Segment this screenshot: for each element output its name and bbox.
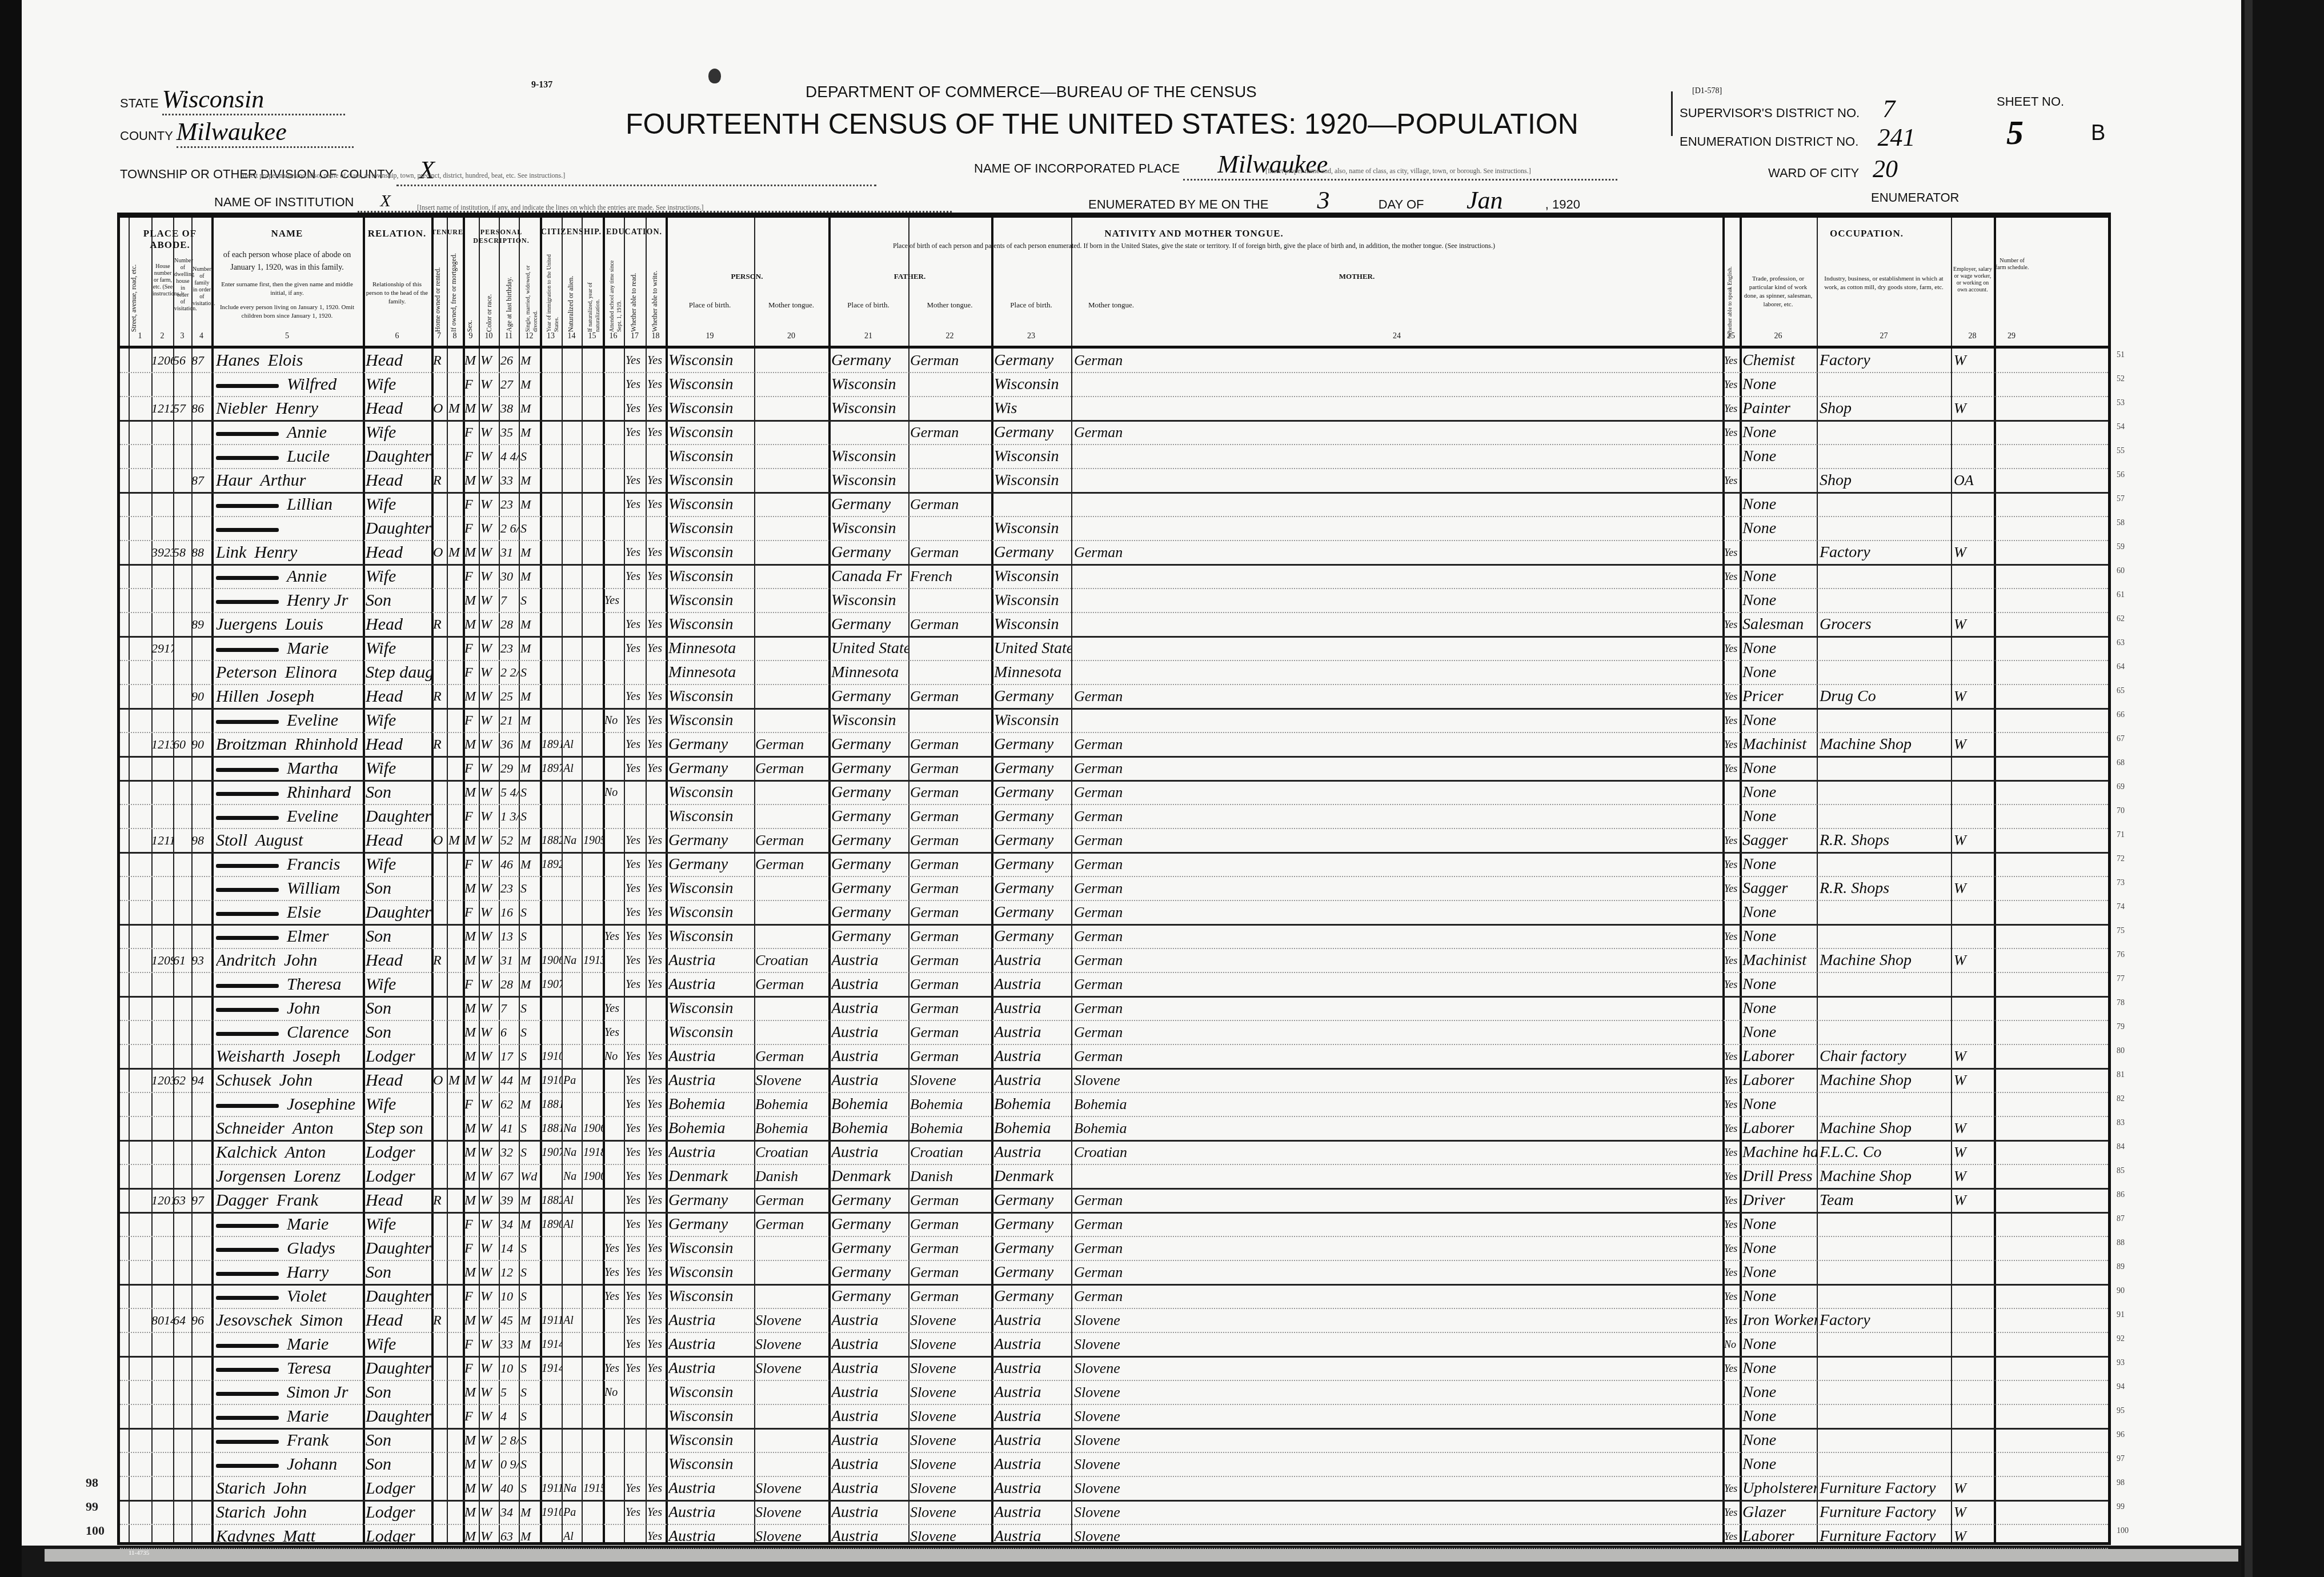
cell-house	[151, 613, 173, 636]
cell-eng	[1724, 805, 1740, 828]
line-number: 79	[2117, 1023, 2125, 1032]
cell-race: W	[480, 1189, 499, 1212]
surname: Hanes	[216, 351, 260, 370]
cell-trade: None	[1742, 805, 1817, 828]
cell-free	[448, 685, 463, 708]
cell-sex: F	[464, 805, 479, 828]
cell-mmt: German	[1074, 757, 1154, 780]
cell-industry	[1820, 421, 1951, 444]
cell-imm	[542, 1429, 562, 1452]
cell-pob: Wisconsin	[668, 613, 754, 636]
cell-race: W	[480, 1429, 499, 1452]
cell-race: W	[480, 853, 499, 876]
cell-mmt	[1074, 469, 1154, 492]
header-father-tongue: Mother tongue.	[908, 301, 991, 309]
line-number: 60	[2117, 567, 2125, 576]
cell-write: Yes	[647, 1309, 666, 1332]
cell-read: Yes	[626, 757, 645, 780]
cell-sex: M	[464, 1501, 479, 1524]
cell-home	[433, 1237, 447, 1260]
cell-home	[433, 1141, 447, 1164]
cell-marital: S	[520, 1237, 540, 1260]
cell-age: 41	[500, 1117, 519, 1140]
cell-emp: W	[1954, 1189, 1994, 1212]
cell-trade: Pricer	[1742, 685, 1817, 708]
line-number: 91	[2117, 1311, 2125, 1320]
cell-write	[647, 661, 666, 684]
cell-fmt: Slovene	[910, 1405, 990, 1428]
ditto-surname-dash	[216, 768, 279, 772]
line-number: 84	[2117, 1143, 2125, 1152]
given-name: Simon Jr	[287, 1383, 348, 1402]
cell-family	[191, 1285, 211, 1308]
cell-pob: Denmark	[668, 1165, 754, 1188]
given-name: Violet	[287, 1287, 326, 1306]
cell-industry	[1820, 445, 1951, 468]
cell-nat: Na	[563, 1117, 582, 1140]
cell-free	[448, 1525, 463, 1548]
surname: Kalchick	[216, 1143, 277, 1162]
cell-nat	[563, 1405, 582, 1428]
column-number: 13	[540, 332, 562, 341]
ditto-surname-dash	[216, 1368, 279, 1372]
line-number: 68	[2117, 759, 2125, 768]
cell-free	[448, 709, 463, 732]
cell-pob: Minnesota	[668, 661, 754, 684]
cell-mmt	[1074, 373, 1154, 396]
ditto-surname-dash	[216, 1104, 279, 1108]
cell-sex: M	[464, 877, 479, 900]
incorporated-place-field: Name of incorporated place Milwaukee	[974, 150, 1617, 181]
ward-value: 20	[1862, 154, 1908, 183]
given-name: Marie	[287, 1407, 328, 1426]
cell-pob: Wisconsin	[668, 1021, 754, 1044]
cell-fmt	[910, 589, 990, 612]
cell-emp: W	[1954, 613, 1994, 636]
cell-read	[626, 781, 645, 804]
cell-trade: None	[1742, 661, 1817, 684]
line-number: 93	[2117, 1359, 2125, 1368]
cell-write	[647, 1429, 666, 1452]
cell-sex: F	[464, 373, 479, 396]
line-number: 85	[2117, 1167, 2125, 1176]
cell-race: W	[480, 565, 499, 588]
cell-dwelling	[173, 421, 191, 444]
cell-fpob: Germany	[831, 1189, 908, 1212]
cell-mpob: Austria	[994, 1525, 1071, 1548]
cell-write: Yes	[647, 1093, 666, 1116]
cell-nat	[563, 517, 582, 540]
cell-house	[151, 1525, 173, 1548]
cell-free	[448, 1381, 463, 1404]
cell-home	[433, 1381, 447, 1404]
cell-trade: Sagger	[1742, 877, 1817, 900]
cell-industry	[1820, 709, 1951, 732]
cell-dwelling	[173, 1165, 191, 1188]
cell-relation: Head	[366, 829, 431, 852]
cell-name: Clarence	[216, 1021, 362, 1044]
cell-pob: Austria	[668, 1141, 754, 1164]
cell-nat	[563, 349, 582, 372]
cell-emp	[1954, 589, 1994, 612]
cell-name: BroitzmanRhinhold	[216, 733, 362, 756]
cell-fmt: German	[910, 1189, 990, 1212]
cell-dwelling: 58	[173, 541, 191, 564]
cell-free	[448, 1189, 463, 1212]
cell-race: W	[480, 1525, 499, 1548]
cell-imm	[542, 1405, 562, 1428]
cell-fmt: German	[910, 1261, 990, 1284]
cell-age: 31	[500, 949, 519, 972]
cell-name: Martha	[216, 757, 362, 780]
cell-mpob: Germany	[994, 829, 1071, 852]
cell-pob: Wisconsin	[668, 1381, 754, 1404]
cell-nat	[563, 1093, 582, 1116]
cell-home	[433, 565, 447, 588]
cell-trade: None	[1742, 1453, 1817, 1476]
cell-school: Yes	[604, 1357, 624, 1380]
cell-natyr	[583, 1453, 603, 1476]
cell-industry: Drug Co	[1820, 685, 1951, 708]
cell-name: StarichJohn	[216, 1477, 362, 1500]
header-mother: MOTHER.	[991, 272, 1722, 281]
cell-dwelling	[173, 901, 191, 924]
line-number: 58	[2117, 519, 2125, 528]
cell-family: 90	[191, 733, 211, 756]
cell-free	[448, 781, 463, 804]
cell-eng: Yes	[1724, 733, 1740, 756]
cell-school: Yes	[604, 1261, 624, 1284]
cell-pmt	[755, 493, 828, 516]
cell-nat: Al	[563, 1189, 582, 1212]
cell-trade: None	[1742, 1261, 1817, 1284]
cell-school	[604, 877, 624, 900]
cell-read: Yes	[626, 1141, 645, 1164]
cell-mmt: German	[1074, 997, 1154, 1020]
cell-write: Yes	[647, 1141, 666, 1164]
header-age: Age at last birthday.	[506, 252, 513, 332]
cell-home	[433, 1213, 447, 1236]
cell-mmt: German	[1074, 1045, 1154, 1068]
line-number: 59	[2117, 543, 2125, 552]
cell-mpob	[994, 493, 1071, 516]
group-relation: RELATION.	[363, 228, 431, 239]
cell-mmt: German	[1074, 1237, 1154, 1260]
cell-natyr	[583, 661, 603, 684]
cell-imm	[542, 1237, 562, 1260]
cell-fpob: Germany	[831, 925, 908, 948]
line-number: 78	[2117, 999, 2125, 1008]
cell-home	[433, 1525, 447, 1548]
given-name: Marie	[287, 639, 328, 658]
cell-mmt: German	[1074, 925, 1154, 948]
ditto-surname-dash	[216, 1296, 279, 1300]
county-field: County Milwaukee	[120, 117, 354, 148]
cell-family	[191, 709, 211, 732]
census-title: FOURTEENTH CENSUS OF THE UNITED STATES: …	[626, 107, 1578, 141]
cell-fmt: German	[910, 805, 990, 828]
cell-relation: Son	[366, 925, 431, 948]
table-row: 90HillenJosephHeadRMW25MYesYesWisconsinG…	[120, 684, 2108, 710]
group-name: NAME	[211, 228, 363, 239]
cell-relation: Head	[366, 1189, 431, 1212]
cell-age: 5 4/12	[500, 781, 519, 804]
line-number: 75	[2117, 927, 2125, 936]
cell-relation: Head	[366, 613, 431, 636]
cell-house	[151, 1261, 173, 1284]
cell-race: W	[480, 757, 499, 780]
cell-eng: Yes	[1724, 1069, 1740, 1092]
given-name: Henry	[275, 399, 318, 418]
cell-write	[647, 997, 666, 1020]
cell-free	[448, 949, 463, 972]
cell-emp	[1954, 709, 1994, 732]
cell-mpob: Germany	[994, 685, 1071, 708]
surname: Kadynes	[216, 1527, 275, 1546]
cell-house	[151, 1381, 173, 1404]
cell-free	[448, 493, 463, 516]
cell-pmt	[755, 469, 828, 492]
cell-name: Harry	[216, 1261, 362, 1284]
enumerated-year: , 1920	[1545, 197, 1580, 211]
cell-name: Frank	[216, 1429, 362, 1452]
cell-mpob: Austria	[994, 1045, 1071, 1068]
cell-family	[191, 1429, 211, 1452]
cell-emp	[1954, 757, 1994, 780]
cell-read: Yes	[626, 1165, 645, 1188]
cell-fpob: Germany	[831, 613, 908, 636]
line-number: 73	[2117, 879, 2125, 888]
given-name: Lillian	[287, 495, 332, 514]
cell-home	[433, 1477, 447, 1500]
cell-pmt	[755, 397, 828, 420]
cell-relation: Lodger	[366, 1141, 431, 1164]
cell-age: 2 8/12	[500, 1429, 519, 1452]
cell-read: Yes	[626, 973, 645, 996]
surname: Peterson	[216, 663, 277, 682]
cell-trade: None	[1742, 1021, 1817, 1044]
ditto-surname-dash	[216, 792, 279, 796]
cell-mpob: Germany	[994, 1261, 1071, 1284]
cell-school	[604, 973, 624, 996]
cell-nat	[563, 685, 582, 708]
given-name: Rhinhard	[287, 783, 351, 802]
cell-free	[448, 661, 463, 684]
cell-free	[448, 973, 463, 996]
cell-school	[604, 613, 624, 636]
cell-fmt: Bohemia	[910, 1117, 990, 1140]
cell-marital: M	[520, 1069, 540, 1092]
cell-sex: M	[464, 1189, 479, 1212]
cell-read: Yes	[626, 733, 645, 756]
cell-fpob: Germany	[831, 1261, 908, 1284]
cell-pob: Austria	[668, 1309, 754, 1332]
cell-nat	[563, 781, 582, 804]
table-row: AnnieWifeFW35MYesYesWisconsinGermanGerma…	[120, 420, 2108, 445]
cell-dwelling	[173, 1213, 191, 1236]
cell-free	[448, 1285, 463, 1308]
cell-dwelling	[173, 1477, 191, 1500]
cell-imm	[542, 709, 562, 732]
table-row: 12016397DaggerFrankHeadRMW39M1882AlYesYe…	[120, 1188, 2108, 1214]
cell-eng: Yes	[1724, 613, 1740, 636]
cell-write	[647, 805, 666, 828]
cell-school	[604, 637, 624, 660]
cell-eng: Yes	[1724, 1045, 1740, 1068]
cell-marital: S	[520, 781, 540, 804]
cell-write: Yes	[647, 733, 666, 756]
cell-school	[604, 1453, 624, 1476]
cell-marital: M	[520, 1501, 540, 1524]
ditto-surname-dash	[216, 1008, 279, 1012]
cell-fpob: Wisconsin	[831, 373, 908, 396]
group-nativity: NATIVITY AND MOTHER TONGUE.	[666, 228, 1722, 239]
cell-dwelling: 64	[173, 1309, 191, 1332]
cell-read: Yes	[626, 949, 645, 972]
cell-trade: Glazer	[1742, 1501, 1817, 1524]
cell-imm	[542, 685, 562, 708]
cell-pob: Germany	[668, 757, 754, 780]
cell-read	[626, 1453, 645, 1476]
cell-relation: Son	[366, 1261, 431, 1284]
cell-race: W	[480, 373, 499, 396]
cell-age: 10	[500, 1285, 519, 1308]
cell-sex: M	[464, 1381, 479, 1404]
cell-read: Yes	[626, 373, 645, 396]
cell-home	[433, 445, 447, 468]
cell-free	[448, 1045, 463, 1068]
cell-family	[191, 1477, 211, 1500]
cell-trade: None	[1742, 1357, 1817, 1380]
cell-sex: M	[464, 829, 479, 852]
cell-pob: Austria	[668, 1069, 754, 1092]
cell-industry	[1820, 373, 1951, 396]
cell-read: Yes	[626, 1357, 645, 1380]
cell-fmt	[910, 397, 990, 420]
cell-name: Eveline	[216, 805, 362, 828]
cell-family: 89	[191, 613, 211, 636]
cell-pmt	[755, 1429, 828, 1452]
cell-eng	[1724, 1453, 1740, 1476]
cell-nat: Na	[563, 1141, 582, 1164]
cell-school	[604, 565, 624, 588]
cell-nat	[563, 445, 582, 468]
ditto-surname-dash	[216, 528, 279, 532]
cell-age: 44	[500, 1069, 519, 1092]
cell-natyr	[583, 421, 603, 444]
cell-read: Yes	[626, 709, 645, 732]
cell-natyr	[583, 1093, 603, 1116]
cell-house	[151, 1213, 173, 1236]
cell-fpob: Wisconsin	[831, 517, 908, 540]
cell-eng	[1724, 901, 1740, 924]
header-trade: Trade, profession, or particular kind of…	[1742, 275, 1814, 309]
given-name: John	[287, 999, 320, 1018]
cell-family	[191, 1261, 211, 1284]
cell-nat	[563, 469, 582, 492]
cell-emp: W	[1954, 1069, 1994, 1092]
cell-relation: Daughter	[366, 1357, 431, 1380]
cell-school	[604, 349, 624, 372]
cell-nat	[563, 877, 582, 900]
cell-age: 25	[500, 685, 519, 708]
cell-race: W	[480, 949, 499, 972]
cell-pob: Wisconsin	[668, 493, 754, 516]
cell-eng: Yes	[1724, 373, 1740, 396]
cell-pob: Austria	[668, 1477, 754, 1500]
given-name: Frank	[277, 1191, 318, 1210]
cell-home	[433, 661, 447, 684]
column-number: 25	[1722, 332, 1740, 341]
cell-industry: Chair factory	[1820, 1045, 1951, 1068]
cell-race: W	[480, 1357, 499, 1380]
cell-nat	[563, 1021, 582, 1044]
cell-natyr	[583, 541, 603, 564]
cell-family	[191, 853, 211, 876]
cell-name: Elsie	[216, 901, 362, 924]
institution-label: Name of Institution	[214, 195, 354, 209]
cell-dwelling	[173, 613, 191, 636]
cell-nat: Na	[563, 949, 582, 972]
census-rows: 12065687HanesEloisHeadRMW26MYesYesWiscon…	[120, 348, 2108, 1542]
cell-write: Yes	[647, 1333, 666, 1356]
cell-emp	[1954, 901, 1994, 924]
table-row: DaughterFW2 6/12SWisconsinWisconsinWisco…	[120, 516, 2108, 541]
table-row: 39235888LinkHenryHeadOMMW31MYesYesWiscon…	[120, 540, 2108, 566]
cell-free: M	[448, 541, 463, 564]
cell-family	[191, 925, 211, 948]
cell-pmt	[755, 1261, 828, 1284]
cell-natyr	[583, 445, 603, 468]
cell-school	[604, 733, 624, 756]
supervisor-district-label: Supervisor's District No.	[1680, 106, 1860, 120]
table-row: WeisharthJosephLodgerMW17S1910NoYesYesAu…	[120, 1044, 2108, 1070]
cell-home	[433, 1261, 447, 1284]
cell-mpob: Wisconsin	[994, 613, 1071, 636]
ditto-surname-dash	[216, 456, 279, 460]
cell-family	[191, 781, 211, 804]
cell-trade: None	[1742, 589, 1817, 612]
cell-race: W	[480, 997, 499, 1020]
cell-eng: Yes	[1724, 709, 1740, 732]
cell-fpob: Austria	[831, 997, 908, 1020]
cell-trade: None	[1742, 517, 1817, 540]
cell-pmt	[755, 709, 828, 732]
given-name: Anton	[292, 1119, 334, 1138]
cell-family	[191, 373, 211, 396]
cell-nat: Pa	[563, 1501, 582, 1524]
cell-family	[191, 1501, 211, 1524]
given-name: Elmer	[287, 927, 328, 946]
cell-read	[626, 445, 645, 468]
cell-write	[647, 445, 666, 468]
surname: Broitzman	[216, 735, 287, 754]
cell-name: LinkHenry	[216, 541, 362, 564]
cell-trade: None	[1742, 1285, 1817, 1308]
cell-nat	[563, 421, 582, 444]
cell-natyr	[583, 589, 603, 612]
cell-home	[433, 757, 447, 780]
cell-pob: Bohemia	[668, 1093, 754, 1116]
header-home-owned: Home owned or rented.	[434, 252, 442, 332]
cell-eng: Yes	[1724, 757, 1740, 780]
cell-pmt: Croatian	[755, 949, 828, 972]
cell-free	[448, 1453, 463, 1476]
left-line-number: 99	[86, 1499, 98, 1514]
cell-family	[191, 805, 211, 828]
cell-school	[604, 1117, 624, 1140]
cell-school: Yes	[604, 589, 624, 612]
